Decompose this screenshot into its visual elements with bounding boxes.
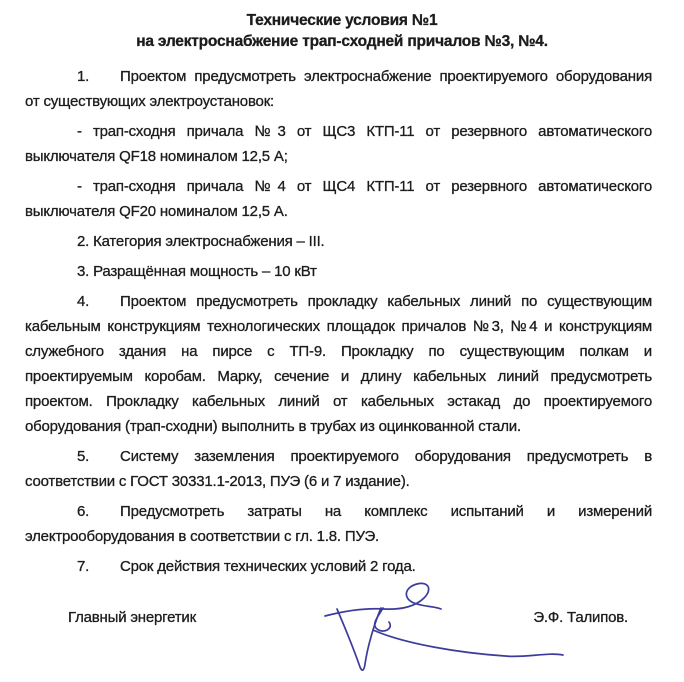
title-line-2: на электроснабжение трап-сходней причало… bbox=[0, 31, 684, 52]
document-body: 1.Проектом предусмотреть электроснабжени… bbox=[0, 64, 684, 579]
paragraph-line: 6.Предусмотреть затраты на комплекс испы… bbox=[25, 499, 652, 524]
signatory-role: Главный энергетик bbox=[68, 609, 196, 626]
paragraph-text: Проектом предусмотреть электроснабжение … bbox=[120, 68, 652, 85]
paragraph-line: 1.Проектом предусмотреть электроснабжени… bbox=[25, 64, 652, 89]
item-number-1: 1. bbox=[77, 64, 120, 89]
document-title: Технические условия №1 на электроснабжен… bbox=[0, 0, 684, 52]
paragraph-line: выключателя QF20 номиналом 12,5 А. bbox=[25, 199, 652, 224]
signature-tail-stroke bbox=[373, 630, 563, 656]
paragraph-line: 7.Срок действия технических условий 2 го… bbox=[25, 554, 652, 579]
paragraph-line: проектом. Прокладку кабельных линий от к… bbox=[25, 389, 652, 414]
paragraph-text: Систему заземления проектируемого оборуд… bbox=[120, 448, 652, 465]
bullet-pier-3: - трап-сходня причала №3 от ЩС3 КТП-11 о… bbox=[25, 119, 652, 169]
paragraph-line: выключателя QF18 номиналом 12,5 А; bbox=[25, 144, 652, 169]
paragraph-line: 4.Проектом предусмотреть прокладку кабел… bbox=[25, 289, 652, 314]
paragraph-6: 6.Предусмотреть затраты на комплекс испы… bbox=[25, 499, 652, 549]
paragraph-line: служебного здания на пирсе с ТП-9. Прокл… bbox=[25, 339, 652, 364]
paragraph-line: - трап-сходня причала №4 от ЩС4 КТП-11 о… bbox=[25, 174, 652, 199]
paragraph-7: 7.Срок действия технических условий 2 го… bbox=[25, 554, 652, 579]
paragraph-line: 3. Разращённая мощность – 10 кВт bbox=[25, 259, 652, 284]
paragraph-line: кабельным конструкциям технологических п… bbox=[25, 314, 652, 339]
paragraph-line: - трап-сходня причала №3 от ЩС3 КТП-11 о… bbox=[25, 119, 652, 144]
paragraph-line: оборудования (трап-сходни) выполнить в т… bbox=[25, 414, 652, 439]
item-number-6: 6. bbox=[77, 499, 120, 524]
paragraph-line: соответствии с ГОСТ 30331.1-2013, ПУЭ (6… bbox=[25, 469, 652, 494]
item-number-4: 4. bbox=[77, 289, 120, 314]
paragraph-line: проектируемым коробам. Марку, сечение и … bbox=[25, 364, 652, 389]
paragraph-5: 5.Систему заземления проектируемого обор… bbox=[25, 444, 652, 494]
paragraph-2: 2. Категория электроснабжения – III. bbox=[25, 229, 652, 254]
signature-icon bbox=[320, 578, 570, 678]
paragraph-text: Срок действия технических условий 2 года… bbox=[120, 558, 416, 575]
paragraph-text: Предусмотреть затраты на комплекс испыта… bbox=[120, 503, 652, 520]
paragraph-3: 3. Разращённая мощность – 10 кВт bbox=[25, 259, 652, 284]
paragraph-4: 4.Проектом предусмотреть прокладку кабел… bbox=[25, 289, 652, 439]
signature-block: Главный энергетик Э.Ф. Талипов. bbox=[0, 609, 684, 626]
title-line-1: Технические условия №1 bbox=[0, 10, 684, 31]
paragraph-line: 2. Категория электроснабжения – III. bbox=[25, 229, 652, 254]
paragraph-line: электрооборудования в соответствии с гл.… bbox=[25, 524, 652, 549]
paragraph-text: Проектом предусмотреть прокладку кабельн… bbox=[120, 293, 652, 310]
paragraph-line: от существующих электроустановок: bbox=[25, 89, 652, 114]
paragraph-line: 5.Систему заземления проектируемого обор… bbox=[25, 444, 652, 469]
item-number-5: 5. bbox=[77, 444, 120, 469]
paragraph-1: 1.Проектом предусмотреть электроснабжени… bbox=[25, 64, 652, 114]
document-page: Технические условия №1 на электроснабжен… bbox=[0, 0, 684, 682]
bullet-pier-4: - трап-сходня причала №4 от ЩС4 КТП-11 о… bbox=[25, 174, 652, 224]
signatory-name: Э.Ф. Талипов. bbox=[533, 609, 628, 626]
item-number-7: 7. bbox=[77, 554, 120, 579]
